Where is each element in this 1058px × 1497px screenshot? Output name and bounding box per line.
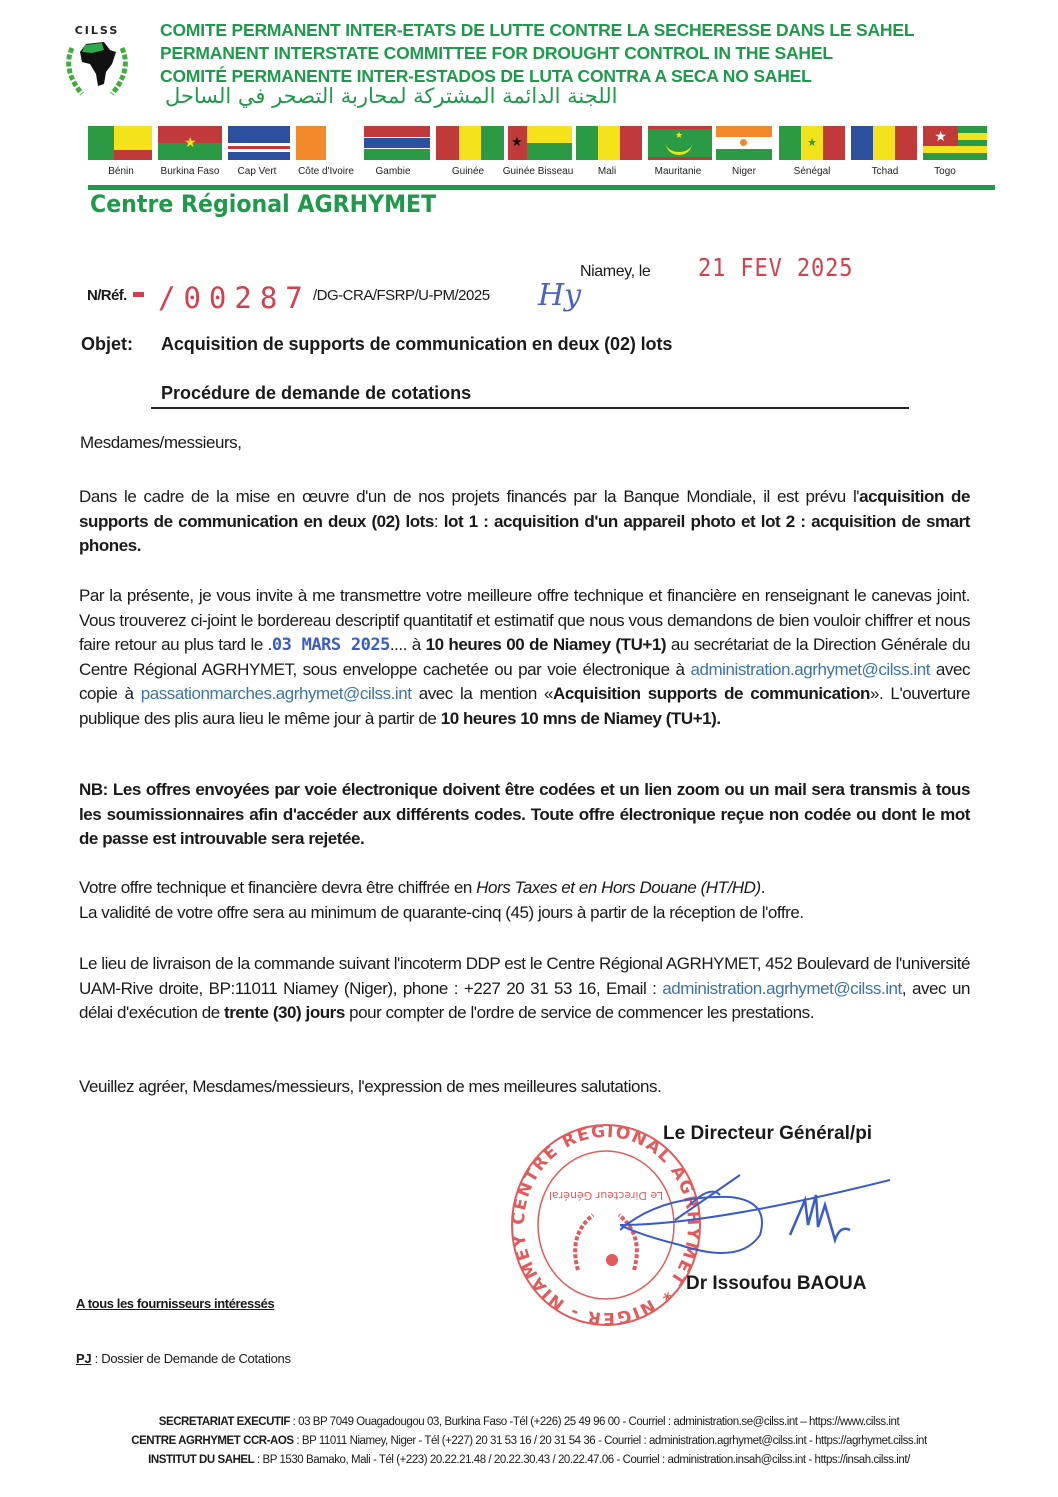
subject-label: Objet: (81, 334, 133, 355)
bold-text: Acquisition supports de communication (553, 684, 870, 703)
flag-cote-divoire (296, 126, 326, 160)
country-label: Tchad (872, 166, 899, 177)
reference-number: /00287 (158, 281, 311, 315)
procedure-underline (151, 407, 909, 409)
email-link-passation[interactable]: passationmarches.agrhymet@cilss.int (141, 684, 412, 703)
flag-tchad (851, 126, 917, 160)
country-label: Gambie (375, 166, 410, 177)
text: La validité de votre offre sera au minim… (79, 903, 804, 922)
reference-label: N/Réf. (87, 287, 127, 304)
footer-text: : 03 BP 7049 Ouagadougou 03, Burkina Fas… (290, 1416, 899, 1428)
signatory-name: Dr Issoufou BAOUA (686, 1273, 867, 1295)
country-label: Burkina Faso (161, 166, 220, 177)
recipients: A tous les fournisseurs intéressés (76, 1296, 274, 1311)
footer-entity: SECRETARIAT EXECUTIF (159, 1416, 290, 1428)
text: Dans le cadre de la mise en œuvre d'un d… (79, 487, 859, 506)
country-label: Bénin (108, 166, 134, 177)
text: .... à (390, 635, 426, 654)
member-flags: ★ ★ ★ ★ (88, 126, 988, 164)
center-title: Centre Régional AGRHYMET (90, 190, 436, 218)
handwritten-deadline: 03 MARS 2025 (272, 635, 390, 655)
cilss-logo: CILSS (52, 20, 142, 102)
subject-text: Acquisition de supports de communication… (161, 334, 672, 355)
country-label: Cap Vert (238, 166, 277, 177)
footer-line-insah: INSTITUT DU SAHEL : BP 1530 Bamako, Mali… (60, 1454, 998, 1466)
country-label: Togo (934, 166, 956, 177)
text: Votre offre technique et financière devr… (79, 878, 476, 897)
country-label: Mauritanie (655, 166, 702, 177)
footer-entity: CENTRE AGRHYMET CCR-AOS (131, 1435, 293, 1447)
flag-senegal: ★ (779, 126, 845, 160)
salutation: Mesdames/messieurs, (80, 433, 242, 453)
flag-togo: ★ (923, 126, 987, 160)
email-link-admin[interactable]: administration.agrhymet@cilss.int (662, 979, 902, 998)
paragraph-delivery: Le lieu de livraison de la commande suiv… (79, 952, 970, 1026)
handwritten-initials: Hy (538, 278, 581, 313)
country-label: Sénégal (794, 166, 831, 177)
paragraph-invitation: Par la présente, je vous invite à me tra… (79, 584, 970, 731)
country-label: Niger (732, 166, 756, 177)
flag-niger (716, 126, 772, 160)
logo-text: CILSS (75, 24, 120, 37)
reference-code: /DG-CRA/FSRP/U-PM/2025 (313, 287, 490, 304)
italic-text: Hors Taxes et en Hors Douane (HT/HD) (476, 878, 761, 897)
footer-text: : BP 1530 Bamako, Mali - Tél (+223) 20.2… (254, 1454, 910, 1466)
signatory-title: Le Directeur Général/pi (663, 1123, 872, 1145)
org-name-ar: اللجنة الدائمة المشتركة لمحاربة التصحر ف… (165, 84, 617, 108)
paragraph-pricing: Votre offre technique et financière devr… (79, 876, 970, 925)
flag-mauritanie: ★ (648, 126, 712, 160)
footer-text: : BP 11011 Niamey, Niger - Tél (+227) 20… (294, 1435, 927, 1447)
country-label: Guinée Bisseau (503, 166, 574, 177)
flag-mali (576, 126, 642, 160)
attachment-note: PJ : Dossier de Demande de Cotations (76, 1351, 291, 1366)
date-place: Niamey, le (580, 263, 650, 281)
org-name-fr: COMITE PERMANENT INTER-ETATS DE LUTTE CO… (160, 20, 914, 41)
text: : (434, 512, 444, 531)
paragraph-nb: NB: Les offres envoyées par voie électro… (79, 778, 970, 852)
flag-guinee-bissau: ★ (508, 126, 572, 160)
closing: Veuillez agréer, Mesdames/messieurs, l'e… (79, 1075, 970, 1100)
bold-text: 10 heures 00 de Niamey (TU+1) (426, 635, 667, 654)
footer-entity: INSTITUT DU SAHEL (148, 1454, 254, 1466)
country-label: Mali (598, 166, 616, 177)
stamp-mark (133, 292, 144, 297)
flag-cap-vert (228, 126, 290, 160)
org-name-en: PERMANENT INTERSTATE COMMITTEE FOR DROUG… (160, 43, 833, 64)
text: pour compter de l'ordre de service de co… (345, 1003, 814, 1022)
handwritten-signature (620, 1165, 900, 1260)
procedure-title: Procédure de demande de cotations (161, 383, 471, 404)
attachment-label: PJ (76, 1351, 91, 1366)
paragraph-context: Dans le cadre de la mise en œuvre d'un d… (79, 485, 970, 559)
flag-burkina-faso: ★ (158, 126, 222, 160)
date-stamp: 21 FEV 2025 (698, 253, 853, 282)
flag-gambie (364, 126, 430, 160)
email-link-admin[interactable]: administration.agrhymet@cilss.int (690, 660, 930, 679)
bold-text: trente (30) jours (224, 1003, 345, 1022)
text: avec la mention « (412, 684, 553, 703)
text: . (761, 878, 765, 897)
country-label: Guinée (452, 166, 484, 177)
footer-line-secretariat: SECRETARIAT EXECUTIF : 03 BP 7049 Ouagad… (60, 1416, 998, 1428)
flag-guinee (436, 126, 504, 160)
flag-benin (88, 126, 152, 160)
footer-line-agrhymet: CENTRE AGRHYMET CCR-AOS : BP 11011 Niame… (60, 1435, 998, 1447)
attachment-text: : Dossier de Demande de Cotations (91, 1351, 290, 1366)
bold-text: 10 heures 10 mns de Niamey (TU+1). (441, 709, 721, 728)
country-label: Côte d'Ivoire (298, 166, 354, 177)
